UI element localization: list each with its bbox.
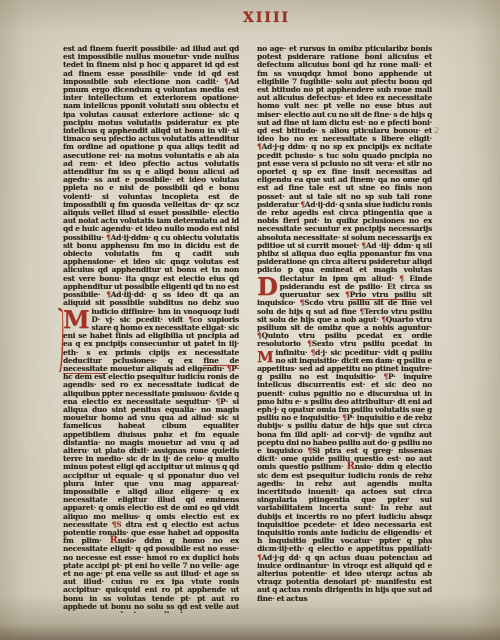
body-text: no age· et rursus in omibz pticularibz b…: [257, 45, 432, 143]
rubricator-pen-flourish-icon: [57, 306, 65, 374]
margin-pen-mark: 2: [433, 126, 440, 136]
drop-cap-initial: M: [63, 308, 89, 333]
body-text: Ad·j·g dd· q qn actus duau potenciau ad …: [257, 553, 432, 603]
body-text: est ad finem fuerit possibile· ad illud …: [63, 45, 239, 86]
body-text: nsio· ddm q homo no ex necessitate eligi…: [63, 536, 239, 613]
drop-cap-initial: D: [257, 275, 278, 300]
drop-cap-initial: M: [257, 349, 273, 365]
folio-number: XIIII: [243, 10, 290, 26]
text-column-right: no age· et rursus in omibz pticularibz b…: [257, 45, 432, 613]
body-text: nsio· ddm q electio sic dem est psequitu…: [257, 462, 432, 553]
text-column-left: est ad finem fuerit possibile· ad illud …: [63, 45, 239, 613]
scanned-book-page: XIIII est ad finem fuerit possibile· ad …: [0, 0, 500, 640]
body-text: Ad pmum ergo dicendum q voluntas media e…: [63, 77, 239, 242]
body-text: P· si aliqua duo sint penitus equalia· n…: [63, 397, 239, 529]
page-edge-shadow: [0, 624, 500, 640]
